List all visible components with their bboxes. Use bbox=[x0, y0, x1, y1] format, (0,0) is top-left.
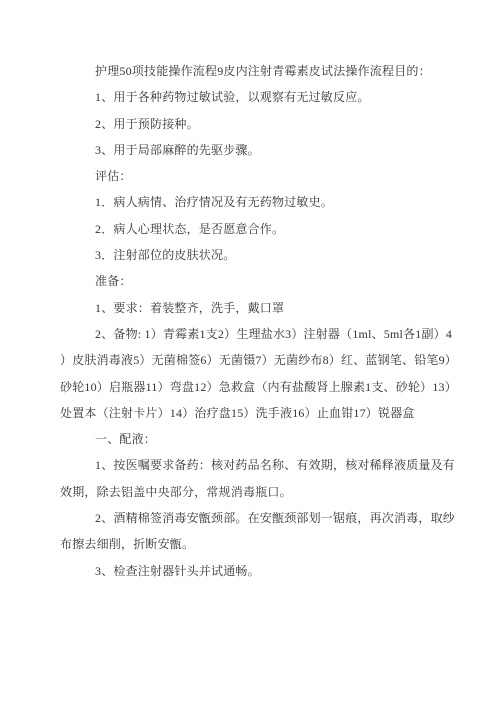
text-line: 效期，除去铝盖中央部分，常规消毒瓶口。 bbox=[60, 479, 442, 505]
document-title-line: 护理50项技能操作流程9皮内注射青霉素皮试法操作流程目的： bbox=[60, 58, 442, 84]
text-line: 3、用于局部麻醉的先驱步骤。 bbox=[60, 137, 442, 163]
section-heading-evaluation: 评估： bbox=[60, 163, 442, 189]
text-line: 处置本（注射卡片）14）治疗盘15）洗手液16）止血钳17）锐器盒 bbox=[60, 400, 442, 426]
text-line: 1、按医嘱要求备药：核对药品名称、有效期，核对稀释液质量及有 bbox=[60, 452, 442, 478]
text-line: 1、要求：着装整齐，洗手，戴口罩 bbox=[60, 295, 442, 321]
section-heading-preparation: 准备： bbox=[60, 268, 442, 294]
text-line: 2、酒精棉签消毒安甑颈部。在安甑颈部划一锯痕，再次消毒，取纱 bbox=[60, 505, 442, 531]
text-line: 3．注射部位的皮肤状况。 bbox=[60, 242, 442, 268]
text-line: 2、用于预防接种。 bbox=[60, 111, 442, 137]
document-body: 护理50项技能操作流程9皮内注射青霉素皮试法操作流程目的： 1、用于各种药物过敏… bbox=[60, 58, 442, 584]
text-line: 3、检查注射器针头并试通畅。 bbox=[60, 558, 442, 584]
text-line: 2．病人心理状态，是否愿意合作。 bbox=[60, 216, 442, 242]
text-line: 1、用于各种药物过敏试验，以观察有无过敏反应。 bbox=[60, 84, 442, 110]
text-line: 砂轮10）启瓶器11）弯盘12）急救盒（内有盐酸肾上腺素1支、砂轮）13） bbox=[60, 374, 442, 400]
document-page: 护理50项技能操作流程9皮内注射青霉素皮试法操作流程目的： 1、用于各种药物过敏… bbox=[0, 0, 500, 707]
text-line: 布擦去细削，折断安甑。 bbox=[60, 531, 442, 557]
text-line: 1．病人病情、治疗情况及有无药物过敏史。 bbox=[60, 189, 442, 215]
section-heading-solution-mixing: 一、配液： bbox=[60, 426, 442, 452]
text-line: ）皮肤消毒液5）无菌棉签6）无菌镊7）无菌纱布8）红、蓝钢笔、铅笔9） bbox=[60, 347, 442, 373]
text-line: 2、备物: 1）青霉素1支2）生理盐水3）注射器（1ml、5ml各1副）4 bbox=[60, 321, 442, 347]
